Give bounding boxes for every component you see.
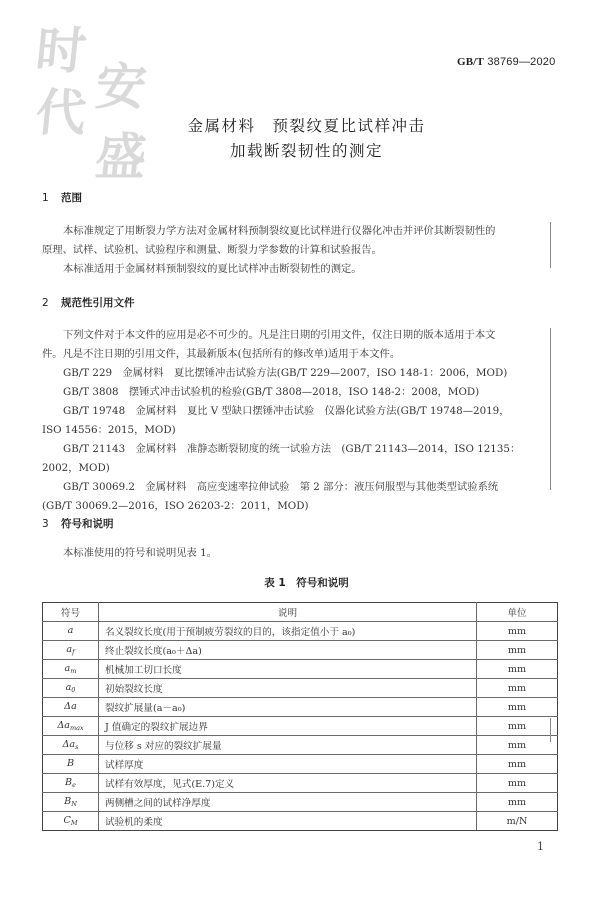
section-label: 规范性引用文件 [61, 297, 135, 309]
paragraph-line: 下列文件对于本文件的应用是必不可少的。凡是注日期的引用文件，仅注日期的版本适用于… [42, 326, 552, 345]
description-cell: 与位移 s 对应的裂纹扩展量 [99, 736, 477, 755]
symbol-subscript: N [71, 800, 77, 808]
table-header-row: 符号 说明 单位 [43, 603, 558, 622]
symbol-subscript: f [72, 648, 74, 656]
symbol: Δa [64, 701, 77, 712]
symbol: Δa [63, 739, 76, 750]
reference-item: GB/T 19748 金属材料 夏比 V 型缺口摆锤冲击试验 仪器化试验方法(G… [42, 402, 552, 421]
reference-item-cont: (GB/T 30069.2—2016，ISO 26203-2：2011，MOD) [42, 497, 552, 516]
document-title-line-1: 金属材料 预裂纹夏比试样冲击 [0, 114, 613, 136]
symbol: Δa [57, 720, 70, 731]
reference-item-cont: 2002，MOD) [42, 459, 552, 478]
paragraph-line: 原理、试样、试验机、试验程序和测量、断裂力学参数的计算和试验报告。 [42, 241, 552, 260]
paragraph-line: 本标准规定了用断裂力学方法对金属材料预制裂纹夏比试样进行仪器化冲击并评价其断裂韧… [42, 222, 552, 241]
table-row: am 机械加工切口长度 mm [43, 660, 558, 679]
unit-cell: mm [477, 698, 558, 717]
symbol-subscript: max [70, 724, 84, 732]
section-heading-scope: 1范围 [42, 190, 82, 205]
revision-bar [550, 222, 551, 268]
symbol-cell: a0 [43, 679, 99, 698]
section-label: 范围 [61, 192, 82, 204]
section-heading-symbols: 3符号和说明 [42, 516, 114, 531]
reference-item-cont: ISO 14556：2015，MOD) [42, 421, 552, 440]
standard-number: GB/T 38769—2020 [457, 56, 555, 68]
paragraph-line: 本标准使用的符号和说明见表 1。 [42, 544, 552, 563]
symbol-cell: Δas [43, 736, 99, 755]
description-cell: J 值确定的裂纹扩展边界 [99, 717, 477, 736]
table-row: a 名义裂纹长度(用于预制疲劳裂纹的目的，该指定值小于 a₀) mm [43, 622, 558, 641]
watermark-char: 安 [93, 62, 148, 112]
symbol-subscript: s [75, 743, 78, 751]
unit-cell: mm [477, 660, 558, 679]
description-cell: 机械加工切口长度 [99, 660, 477, 679]
standard-code: 38769—2020 [487, 56, 555, 68]
paragraph-line: 件。凡是不注日期的引用文件，其最新版本(包括所有的修改单)适用于本文件。 [42, 345, 552, 364]
symbol-subscript: m [70, 667, 76, 675]
unit-cell: mm [477, 641, 558, 660]
symbols-table: 符号 说明 单位 a 名义裂纹长度(用于预制疲劳裂纹的目的，该指定值小于 a₀)… [42, 602, 558, 831]
symbol-cell: B [43, 755, 99, 774]
description-cell: 初始裂纹长度 [99, 679, 477, 698]
symbol-subscript: M [71, 819, 78, 827]
page-number: 1 [537, 840, 544, 853]
symbol: B [67, 758, 74, 769]
table-row: a0 初始裂纹长度 mm [43, 679, 558, 698]
reference-item: GB/T 3808 摆锤式冲击试验机的检验(GB/T 3808—2018，ISO… [42, 383, 552, 402]
reference-item: GB/T 30069.2 金属材料 高应变速率拉伸试验 第 2 部分：液压伺服型… [42, 478, 552, 497]
table-row: af 终止裂纹长度(a₀＋Δa) mm [43, 641, 558, 660]
column-header-description: 说明 [99, 603, 477, 622]
section-label: 符号和说明 [61, 518, 114, 530]
table-row: B 试样厚度 mm [43, 755, 558, 774]
description-cell: 试验机的柔度 [99, 812, 477, 831]
unit-cell: mm [477, 774, 558, 793]
description-cell: 试样有效厚度，见式(E.7)定义 [99, 774, 477, 793]
reference-item: GB/T 21143 金属材料 准静态断裂韧度的统一试验方法 (GB/T 211… [42, 440, 552, 459]
table-row: Δas 与位移 s 对应的裂纹扩展量 mm [43, 736, 558, 755]
revision-bar [550, 718, 551, 742]
symbol: C [64, 815, 71, 826]
table-caption: 表 1 符号和说明 [0, 575, 613, 590]
reference-item: GB/T 229 金属材料 夏比摆锤冲击试验方法(GB/T 229—2007，I… [42, 364, 552, 383]
symbols-intro: 本标准使用的符号和说明见表 1。 [42, 544, 552, 563]
symbol-cell: CM [43, 812, 99, 831]
symbol-subscript: e [72, 781, 76, 789]
table-row: Be 试样有效厚度，见式(E.7)定义 mm [43, 774, 558, 793]
unit-cell: mm [477, 736, 558, 755]
section-number: 3 [42, 518, 61, 530]
document-title-line-2: 加载断裂韧性的测定 [0, 139, 613, 161]
description-cell: 名义裂纹长度(用于预制疲劳裂纹的目的，该指定值小于 a₀) [99, 622, 477, 641]
section-number: 1 [42, 192, 61, 204]
symbol-cell: am [43, 660, 99, 679]
symbol: a [68, 625, 74, 636]
unit-cell: mm [477, 679, 558, 698]
references-paragraphs: 下列文件对于本文件的应用是必不可少的。凡是注日期的引用文件，仅注日期的版本适用于… [42, 326, 552, 516]
unit-cell: mm [477, 755, 558, 774]
column-header-unit: 单位 [477, 603, 558, 622]
table-row: Δa 裂纹扩展量(a－a₀) mm [43, 698, 558, 717]
watermark-char: 时 [33, 26, 88, 76]
table-row: BN 两侧槽之间的试样净厚度 mm [43, 793, 558, 812]
unit-cell: mm [477, 793, 558, 812]
symbol-cell: a [43, 622, 99, 641]
column-header-symbol: 符号 [43, 603, 99, 622]
symbol-cell: Δa [43, 698, 99, 717]
section-heading-normative-references: 2规范性引用文件 [42, 295, 135, 310]
unit-cell: mm [477, 622, 558, 641]
standard-prefix: GB/T [457, 56, 484, 68]
unit-cell: m/N [477, 812, 558, 831]
description-cell: 裂纹扩展量(a－a₀) [99, 698, 477, 717]
description-cell: 试样厚度 [99, 755, 477, 774]
section-number: 2 [42, 297, 61, 309]
symbol-cell: af [43, 641, 99, 660]
description-cell: 终止裂纹长度(a₀＋Δa) [99, 641, 477, 660]
scope-paragraphs: 本标准规定了用断裂力学方法对金属材料预制裂纹夏比试样进行仪器化冲击并评价其断裂韧… [42, 222, 552, 279]
symbol-subscript: 0 [71, 686, 75, 694]
symbol-cell: BN [43, 793, 99, 812]
unit-cell: mm [477, 717, 558, 736]
symbol-cell: Δamax [43, 717, 99, 736]
paragraph-line: 本标准适用于金属材料预制裂纹的夏比试样冲击断裂韧性的测定。 [42, 260, 552, 279]
symbol-cell: Be [43, 774, 99, 793]
table-row: CM 试验机的柔度 m/N [43, 812, 558, 831]
revision-bar [550, 328, 551, 490]
table-row: Δamax J 值确定的裂纹扩展边界 mm [43, 717, 558, 736]
description-cell: 两侧槽之间的试样净厚度 [99, 793, 477, 812]
